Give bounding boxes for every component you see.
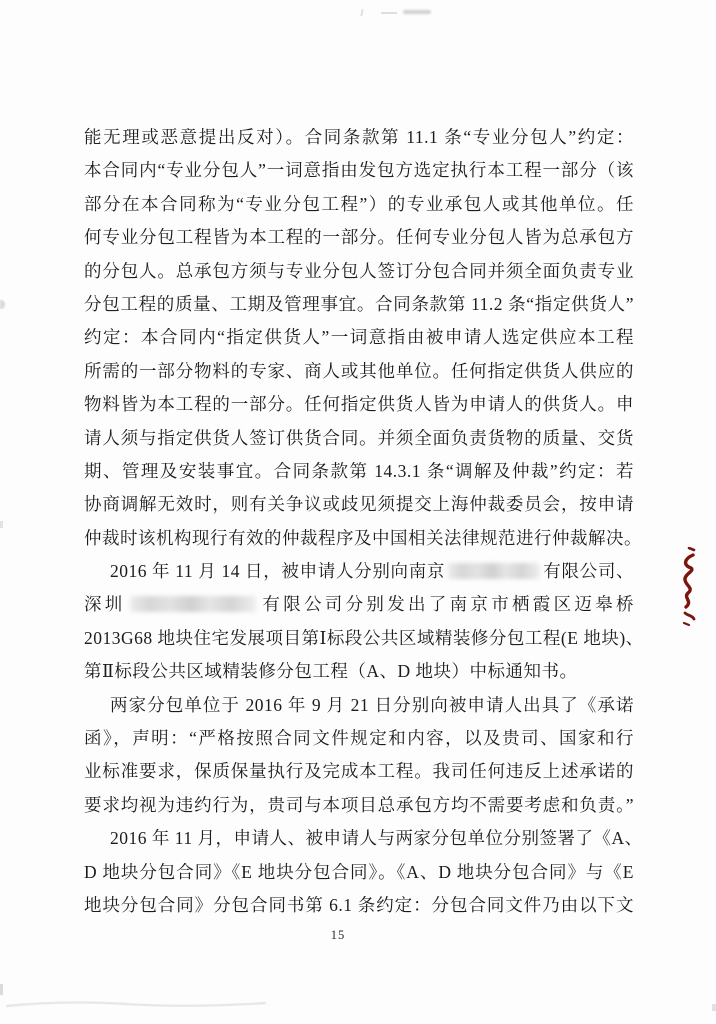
- text-line: 第Ⅱ标段公共区域精装修分包工程（A、D 地块）中标通知书。: [84, 655, 634, 688]
- line-text: 有限公司分别发出了南京市栖霞区迈皋桥: [260, 594, 634, 614]
- text-line: 部分在本合同称为“专业分包工程”）的专业承包人或其他单位。任: [84, 188, 634, 221]
- red-seal-fragment-icon: [682, 547, 696, 627]
- redacted-company-name: [130, 596, 256, 612]
- text-line: 分包工程的质量、工期及管理事宜。合同条款第 11.2 条“指定供货人”: [84, 288, 634, 321]
- text-line: 2016 年 11 月 14 日，被申请人分别向南京有限公司、: [84, 555, 634, 588]
- page-number: 15: [308, 928, 368, 943]
- line-text: 深圳: [84, 594, 126, 614]
- text-line: 函》，声明：“严格按照合同文件规定和内容，以及贵司、国家和行: [84, 722, 634, 755]
- redacted-company-name: [448, 563, 540, 579]
- text-line: 请人须与指定供货人签订供货合同。并须全面负责货物的质量、交货: [84, 422, 634, 455]
- scan-shadow: [6, 999, 266, 1009]
- text-line: 地块分包合同》分包合同书第 6.1 条约定：分包合同文件乃由以下文: [84, 889, 634, 922]
- scan-artifact: [0, 521, 3, 528]
- text-line: 所需的一部分物料的专家、商人或其他单位。任何指定供货人供应的: [84, 355, 634, 388]
- text-line: 的分包人。总承包方须与专业分包人签订分包合同并须全面负责专业: [84, 255, 634, 288]
- line-text: 2016 年 11 月 14 日，被申请人分别向南京: [110, 561, 445, 581]
- scan-artifact: [403, 10, 431, 14]
- text-line: 何专业分包工程皆为本工程的一部分。任何专业分包人皆为总承包方: [84, 221, 634, 254]
- text-line: 2013G68 地块住宅发展项目第Ⅰ标段公共区域精装修分包工程(E 地块)、: [84, 622, 634, 655]
- scan-artifact: [712, 1004, 716, 1011]
- document-page: 能无理或恶意提出反对）。合同条款第 11.1 条“专业分包人”约定： 本合同内“…: [0, 0, 716, 1024]
- text-line: 两家分包单位于 2016 年 9 月 21 日分别向被申请人出具了《承诺: [84, 689, 634, 722]
- text-block: 能无理或恶意提出反对）。合同条款第 11.1 条“专业分包人”约定： 本合同内“…: [84, 121, 634, 922]
- text-line: 要求均视为违约行为，贵司与本项目总承包方均不需要考虑和负责。”: [84, 789, 634, 822]
- text-line: 仲裁时该机构现行有效的仲裁程序及中国相关法律规范进行仲裁解决。: [84, 522, 634, 555]
- scan-artifact: [0, 984, 3, 995]
- text-line: 期、管理及安装事宜。合同条款第 14.3.1 条“调解及仲裁”约定：若: [84, 455, 634, 488]
- text-line: D 地块分包合同》《E 地块分包合同》。《A、D 地块分包合同》与《E: [84, 856, 634, 889]
- text-line: 物料皆为本工程的一部分。任何指定供货人皆为申请人的供货人。申: [84, 388, 634, 421]
- scan-artifact: [360, 9, 363, 16]
- scan-artifact: [381, 12, 397, 14]
- text-line: 能无理或恶意提出反对）。合同条款第 11.1 条“专业分包人”约定：: [84, 121, 634, 154]
- scan-artifact: [0, 300, 5, 309]
- text-line: 协商调解无效时，则有关争议或歧见须提交上海仲裁委员会，按申请: [84, 488, 634, 521]
- line-text: 有限公司、: [543, 561, 634, 581]
- text-line: 深圳有限公司分别发出了南京市栖霞区迈皋桥: [84, 588, 634, 621]
- text-line: 本合同内“专业分包人”一词意指由发包方选定执行本工程一部分（该: [84, 154, 634, 187]
- text-line: 2016 年 11 月，申请人、被申请人与两家分包单位分别签署了《A、: [84, 822, 634, 855]
- text-line: 约定：本合同内“指定供货人”一词意指由被申请人选定供应本工程: [84, 321, 634, 354]
- text-line: 业标准要求，保质保量执行及完成本工程。我司任何违反上述承诺的: [84, 755, 634, 788]
